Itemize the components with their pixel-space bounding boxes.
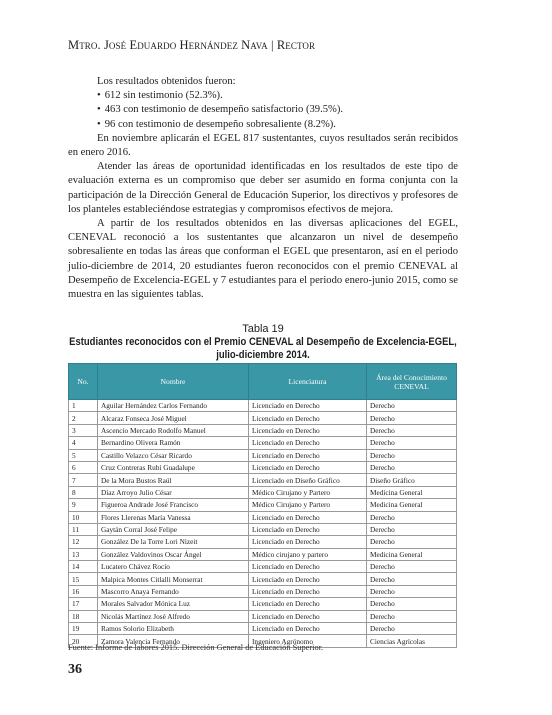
running-header: Mtro. José Eduardo Hernández Nava | Rect… [68, 38, 315, 53]
paragraph: En noviembre aplicarán el EGEL 817 suste… [68, 132, 458, 160]
cell-area: Derecho [367, 400, 457, 412]
cell-nombre: Morales Salvador Mónica Luz [98, 598, 249, 610]
cell-no: 12 [69, 536, 98, 548]
list-item: 612 sin testimonio (52.3%). [68, 89, 458, 103]
cell-licenciatura: Médico Cirujano y Partero [249, 486, 367, 498]
cell-no: 10 [69, 511, 98, 523]
cell-no: 16 [69, 585, 98, 597]
cell-area: Derecho [367, 623, 457, 635]
cell-area: Medicina General [367, 486, 457, 498]
cell-area: Derecho [367, 523, 457, 535]
cell-nombre: Mascorro Anaya Fernando [98, 585, 249, 597]
cell-no: 6 [69, 461, 98, 473]
cell-nombre: Castillo Velazco César Ricardo [98, 449, 249, 461]
table-title: Estudiantes reconocidos con el Premio CE… [69, 336, 458, 362]
list-item: 96 con testimonio de desempeño sobresali… [68, 118, 458, 132]
cell-licenciatura: Licenciado en Derecho [249, 610, 367, 622]
cell-area: Derecho [367, 561, 457, 573]
table-row: 19Ramos Solorio ElizabethLicenciado en D… [69, 623, 457, 635]
page-number: 36 [68, 662, 82, 678]
cell-licenciatura: Licenciado en Derecho [249, 598, 367, 610]
cell-area: Diseño Gráfico [367, 474, 457, 486]
table-row: 15Malpica Montes Citlalli MonserratLicen… [69, 573, 457, 585]
table-row: 17Morales Salvador Mónica LuzLicenciado … [69, 598, 457, 610]
cell-no: 15 [69, 573, 98, 585]
column-header-no: No. [69, 364, 98, 400]
cell-licenciatura: Licenciado en Derecho [249, 424, 367, 436]
cell-nombre: Bernardino Olivera Ramón [98, 437, 249, 449]
table-row: 12González De la Torre Lori NizeitLicenc… [69, 536, 457, 548]
table-row: 14Lucatero Chávez RocíoLicenciado en Der… [69, 561, 457, 573]
table-row: 18Nicolás Martínez José AlfredoLicenciad… [69, 610, 457, 622]
cell-no: 11 [69, 523, 98, 535]
cell-licenciatura: Licenciado en Derecho [249, 412, 367, 424]
cell-area: Derecho [367, 424, 457, 436]
cell-licenciatura: Licenciado en Derecho [249, 511, 367, 523]
list-item: 463 con testimonio de desempeño satisfac… [68, 103, 458, 117]
table-row: 3Ascencio Mercado Rodolfo ManuelLicencia… [69, 424, 457, 436]
cell-licenciatura: Médico Cirujano y Partero [249, 499, 367, 511]
table-row: 4Bernardino Olivera RamónLicenciado en D… [69, 437, 457, 449]
table-row: 9Figueroa Andrade José FranciscoMédico C… [69, 499, 457, 511]
cell-no: 14 [69, 561, 98, 573]
cell-nombre: Flores Llerenas María Vanessa [98, 511, 249, 523]
cell-nombre: Figueroa Andrade José Francisco [98, 499, 249, 511]
cell-area: Derecho [367, 461, 457, 473]
cell-nombre: Aguilar Hernández Carlos Fernando [98, 400, 249, 412]
cell-nombre: Cruz Contreras Rubí Guadalupe [98, 461, 249, 473]
cell-no: 3 [69, 424, 98, 436]
cell-licenciatura: Licenciado en Derecho [249, 573, 367, 585]
cell-licenciatura: Licenciado en Derecho [249, 585, 367, 597]
cell-licenciatura: Licenciado en Derecho [249, 536, 367, 548]
cell-area: Derecho [367, 598, 457, 610]
cell-no: 5 [69, 449, 98, 461]
cell-licenciatura: Licenciado en Diseño Gráfico [249, 474, 367, 486]
table-row: 16Mascorro Anaya FernandoLicenciado en D… [69, 585, 457, 597]
results-lead: Los resultados obtenidos fueron: [68, 75, 458, 89]
cell-licenciatura: Licenciado en Derecho [249, 400, 367, 412]
cell-area: Derecho [367, 610, 457, 622]
table-number: Tabla 19 [68, 323, 458, 335]
cell-licenciatura: Licenciado en Derecho [249, 523, 367, 535]
cell-area: Derecho [367, 449, 457, 461]
table-row: 10Flores Llerenas María VanessaLicenciad… [69, 511, 457, 523]
cell-nombre: Lucatero Chávez Rocío [98, 561, 249, 573]
cell-no: 9 [69, 499, 98, 511]
cell-no: 7 [69, 474, 98, 486]
cell-nombre: De la Mora Bustos Raúl [98, 474, 249, 486]
paragraph: A partir de los resultados obtenidos en … [68, 217, 458, 302]
cell-nombre: Díaz Arroyo Julio César [98, 486, 249, 498]
cell-nombre: Ascencio Mercado Rodolfo Manuel [98, 424, 249, 436]
cell-no: 8 [69, 486, 98, 498]
cell-no: 13 [69, 548, 98, 560]
cell-licenciatura: Licenciado en Derecho [249, 449, 367, 461]
cell-licenciatura: Médico cirujano y partero [249, 548, 367, 560]
cell-area: Derecho [367, 585, 457, 597]
cell-no: 17 [69, 598, 98, 610]
table-row: 6Cruz Contreras Rubí GuadalupeLicenciado… [69, 461, 457, 473]
cell-licenciatura: Licenciado en Derecho [249, 437, 367, 449]
cell-no: 18 [69, 610, 98, 622]
table-row: 2Alcaraz Fonseca José MiguelLicenciado e… [69, 412, 457, 424]
cell-area: Derecho [367, 437, 457, 449]
cell-nombre: González Valdovinos Oscar Ángel [98, 548, 249, 560]
cell-nombre: Ramos Solorio Elizabeth [98, 623, 249, 635]
table-row: 8Díaz Arroyo Julio CésarMédico Cirujano … [69, 486, 457, 498]
cell-area: Medicina General [367, 548, 457, 560]
table-header-row: No. Nombre Licenciatura Área del Conocim… [69, 364, 457, 400]
cell-licenciatura: Licenciado en Derecho [249, 623, 367, 635]
cell-no: 19 [69, 623, 98, 635]
cell-licenciatura: Licenciado en Derecho [249, 561, 367, 573]
paragraph: Atender las áreas de oportunidad identif… [68, 160, 458, 217]
cell-nombre: González De la Torre Lori Nizeit [98, 536, 249, 548]
cell-area: Derecho [367, 536, 457, 548]
column-header-nombre: Nombre [98, 364, 249, 400]
body-text: Los resultados obtenidos fueron: 612 sin… [68, 75, 458, 302]
table-source: Fuente: Informe de labores 2015. Direcci… [68, 643, 323, 652]
cell-nombre: Gaytán Corral José Felipe [98, 523, 249, 535]
table-row: 1Aguilar Hernández Carlos FernandoLicenc… [69, 400, 457, 412]
cell-licenciatura: Licenciado en Derecho [249, 461, 367, 473]
cell-nombre: Nicolás Martínez José Alfredo [98, 610, 249, 622]
cell-nombre: Malpica Montes Citlalli Monserrat [98, 573, 249, 585]
table-row: 13González Valdovinos Oscar ÁngelMédico … [69, 548, 457, 560]
cell-area: Medicina General [367, 499, 457, 511]
table-row: 7De la Mora Bustos RaúlLicenciado en Dis… [69, 474, 457, 486]
cell-no: 1 [69, 400, 98, 412]
awards-table: No. Nombre Licenciatura Área del Conocim… [68, 363, 457, 648]
cell-area: Derecho [367, 412, 457, 424]
cell-area: Ciencias Agrícolas [367, 635, 457, 647]
cell-nombre: Alcaraz Fonseca José Miguel [98, 412, 249, 424]
table-row: 11Gaytán Corral José FelipeLicenciado en… [69, 523, 457, 535]
cell-no: 2 [69, 412, 98, 424]
column-header-area: Área del Conocimiento CENEVAL [367, 364, 457, 400]
cell-area: Derecho [367, 511, 457, 523]
column-header-licenciatura: Licenciatura [249, 364, 367, 400]
results-list: 612 sin testimonio (52.3%). 463 con test… [68, 89, 458, 132]
table-row: 5Castillo Velazco César RicardoLicenciad… [69, 449, 457, 461]
cell-no: 4 [69, 437, 98, 449]
cell-area: Derecho [367, 573, 457, 585]
